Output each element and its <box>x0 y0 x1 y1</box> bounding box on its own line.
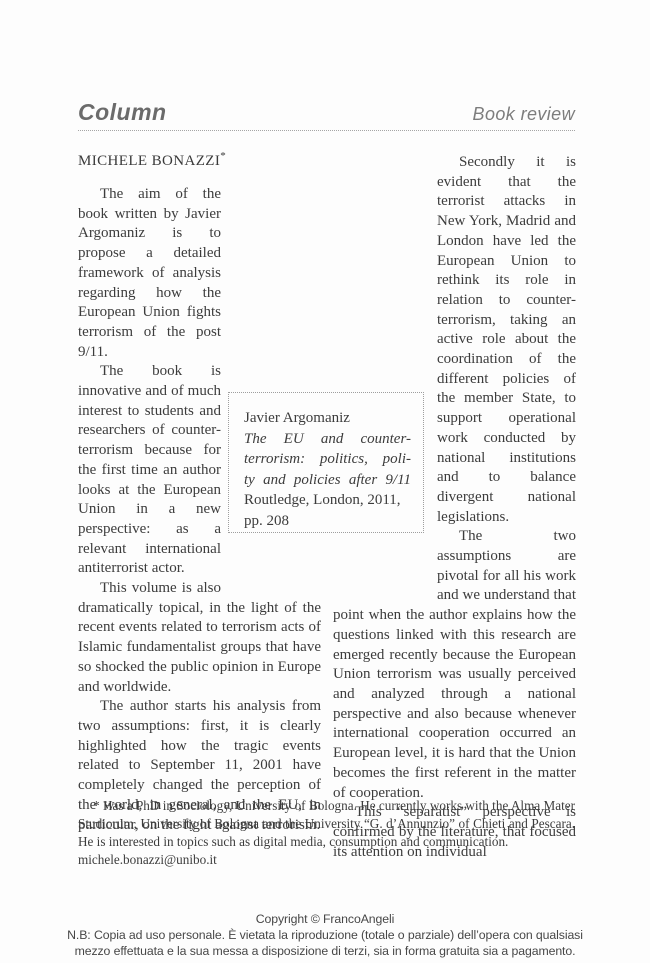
footnote-text: Has a PhD in Sociology, University of Bo… <box>78 798 575 849</box>
body-paragraph: The aim of the book written by Javier Ar… <box>78 185 321 362</box>
header-rule <box>78 130 575 131</box>
citation-pages: pp. 208 <box>244 511 411 532</box>
citation-title-line: ty and policies after 9/11 <box>244 470 411 491</box>
section-title: Column <box>78 99 167 126</box>
author-name-text: MICHELE BONAZZI <box>78 153 220 169</box>
footnote-paragraph: * Has a PhD in Sociology, University of … <box>78 797 575 869</box>
citation-publisher: Routledge, London, 2011, <box>244 490 411 511</box>
journal-page: Column Book review MICHELE BONAZZI* The … <box>0 0 650 963</box>
reproduction-notice-line-2: mezzo effettuata e la sua messa a dispos… <box>0 943 650 959</box>
author-name: MICHELE BONAZZI* <box>78 150 226 170</box>
author-footnote: * Has a PhD in Sociology, University of … <box>78 797 575 869</box>
publisher-imprint: Copyright © FrancoAngeli N.B: Copia ad u… <box>0 911 650 959</box>
book-citation-box: Javier Argomaniz The EU and counter- ter… <box>228 392 424 533</box>
reproduction-notice-line-1: N.B: Copia ad uso personale. È vietata l… <box>0 927 650 943</box>
citation-title-line: The EU and counter- <box>244 429 411 450</box>
citation-author: Javier Argomaniz <box>244 408 411 429</box>
page-type-label: Book review <box>473 104 575 125</box>
copyright-line: Copyright © FrancoAngeli <box>0 911 650 927</box>
author-footnote-marker: * <box>220 150 226 162</box>
footnote-marker: * <box>93 798 100 813</box>
citation-title-line: terrorism: politics, poli- <box>244 449 411 470</box>
footnote-email: michele.bonazzi@unibo.it <box>78 851 575 869</box>
body-paragraph: This volume is also dramatically topical… <box>78 579 321 697</box>
